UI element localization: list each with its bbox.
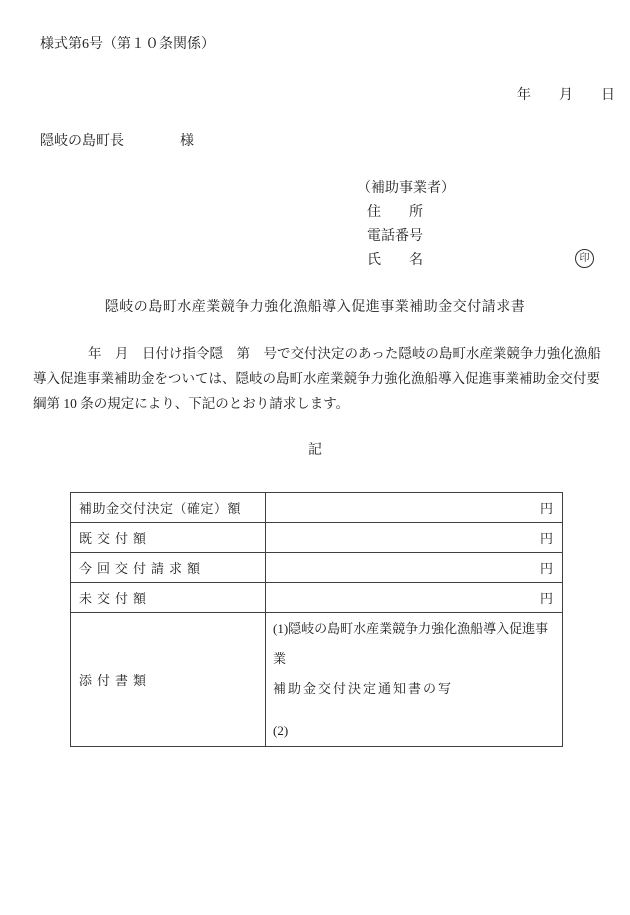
body-line: 導入促進事業補助金をついては、隠岐の島町水産業競争力強化漁船導入促進事業補助金交… xyxy=(33,366,613,391)
row-label-grant-decided-amount: 補助金交付決定（確定）額 xyxy=(71,493,266,523)
document-page: 様式第6号（第１０条関係） 年 月 日 隠岐の島町長 様 （補助事業者） 住 所… xyxy=(0,0,630,915)
body-line: 年 月 日付け指令隠 第 号で交付決定のあった隠岐の島町水産業競争力強化漁船 xyxy=(33,341,613,366)
table-row: 添付書類 (1)隠岐の島町水産業競争力強化漁船導入促進事業 補助金交付決定通知書… xyxy=(71,613,563,747)
date-line: 年 月 日 xyxy=(517,84,615,104)
attachment-line: (1)隠岐の島町水産業競争力強化漁船導入促進事業 xyxy=(273,614,560,674)
ki-marker: 記 xyxy=(0,439,630,459)
row-value-already-paid-amount: 円 xyxy=(266,523,563,553)
applicant-address-label: 住 所 xyxy=(357,201,455,225)
applicant-phone-label: 電話番号 xyxy=(357,225,455,249)
attachment-line: (2) xyxy=(273,716,560,746)
table-row: 未交付額 円 xyxy=(71,583,563,613)
row-value-attachments: (1)隠岐の島町水産業競争力強化漁船導入促進事業 補助金交付決定通知書の写 (2… xyxy=(266,613,563,747)
inkan-seal-icon: 印 xyxy=(575,249,594,268)
document-title: 隠岐の島町水産業競争力強化漁船導入促進事業補助金交付請求書 xyxy=(0,296,630,316)
row-label-attachments: 添付書類 xyxy=(71,613,266,747)
row-label-current-request-amount: 今回交付請求額 xyxy=(71,553,266,583)
body-paragraph: 年 月 日付け指令隠 第 号で交付決定のあった隠岐の島町水産業競争力強化漁船 導… xyxy=(33,341,613,416)
row-value-unpaid-amount: 円 xyxy=(266,583,563,613)
row-value-grant-decided-amount: 円 xyxy=(266,493,563,523)
body-line: 綱第 10 条の規定により、下記のとおり請求します。 xyxy=(33,391,613,416)
form-number: 様式第6号（第１０条関係） xyxy=(40,33,215,53)
applicant-block: （補助事業者） 住 所 電話番号 氏 名 xyxy=(357,177,455,273)
addressee-line: 隠岐の島町長 様 xyxy=(40,130,194,150)
table-row: 今回交付請求額 円 xyxy=(71,553,563,583)
applicant-heading: （補助事業者） xyxy=(357,177,455,201)
row-label-already-paid-amount: 既交付額 xyxy=(71,523,266,553)
table-row: 補助金交付決定（確定）額 円 xyxy=(71,493,563,523)
row-value-current-request-amount: 円 xyxy=(266,553,563,583)
table-row: 既交付額 円 xyxy=(71,523,563,553)
attachment-line: 補助金交付決定通知書の写 xyxy=(273,674,560,704)
request-amount-table: 補助金交付決定（確定）額 円 既交付額 円 今回交付請求額 円 未交付額 円 添… xyxy=(70,492,563,747)
applicant-name-label: 氏 名 xyxy=(357,249,455,273)
row-label-unpaid-amount: 未交付額 xyxy=(71,583,266,613)
